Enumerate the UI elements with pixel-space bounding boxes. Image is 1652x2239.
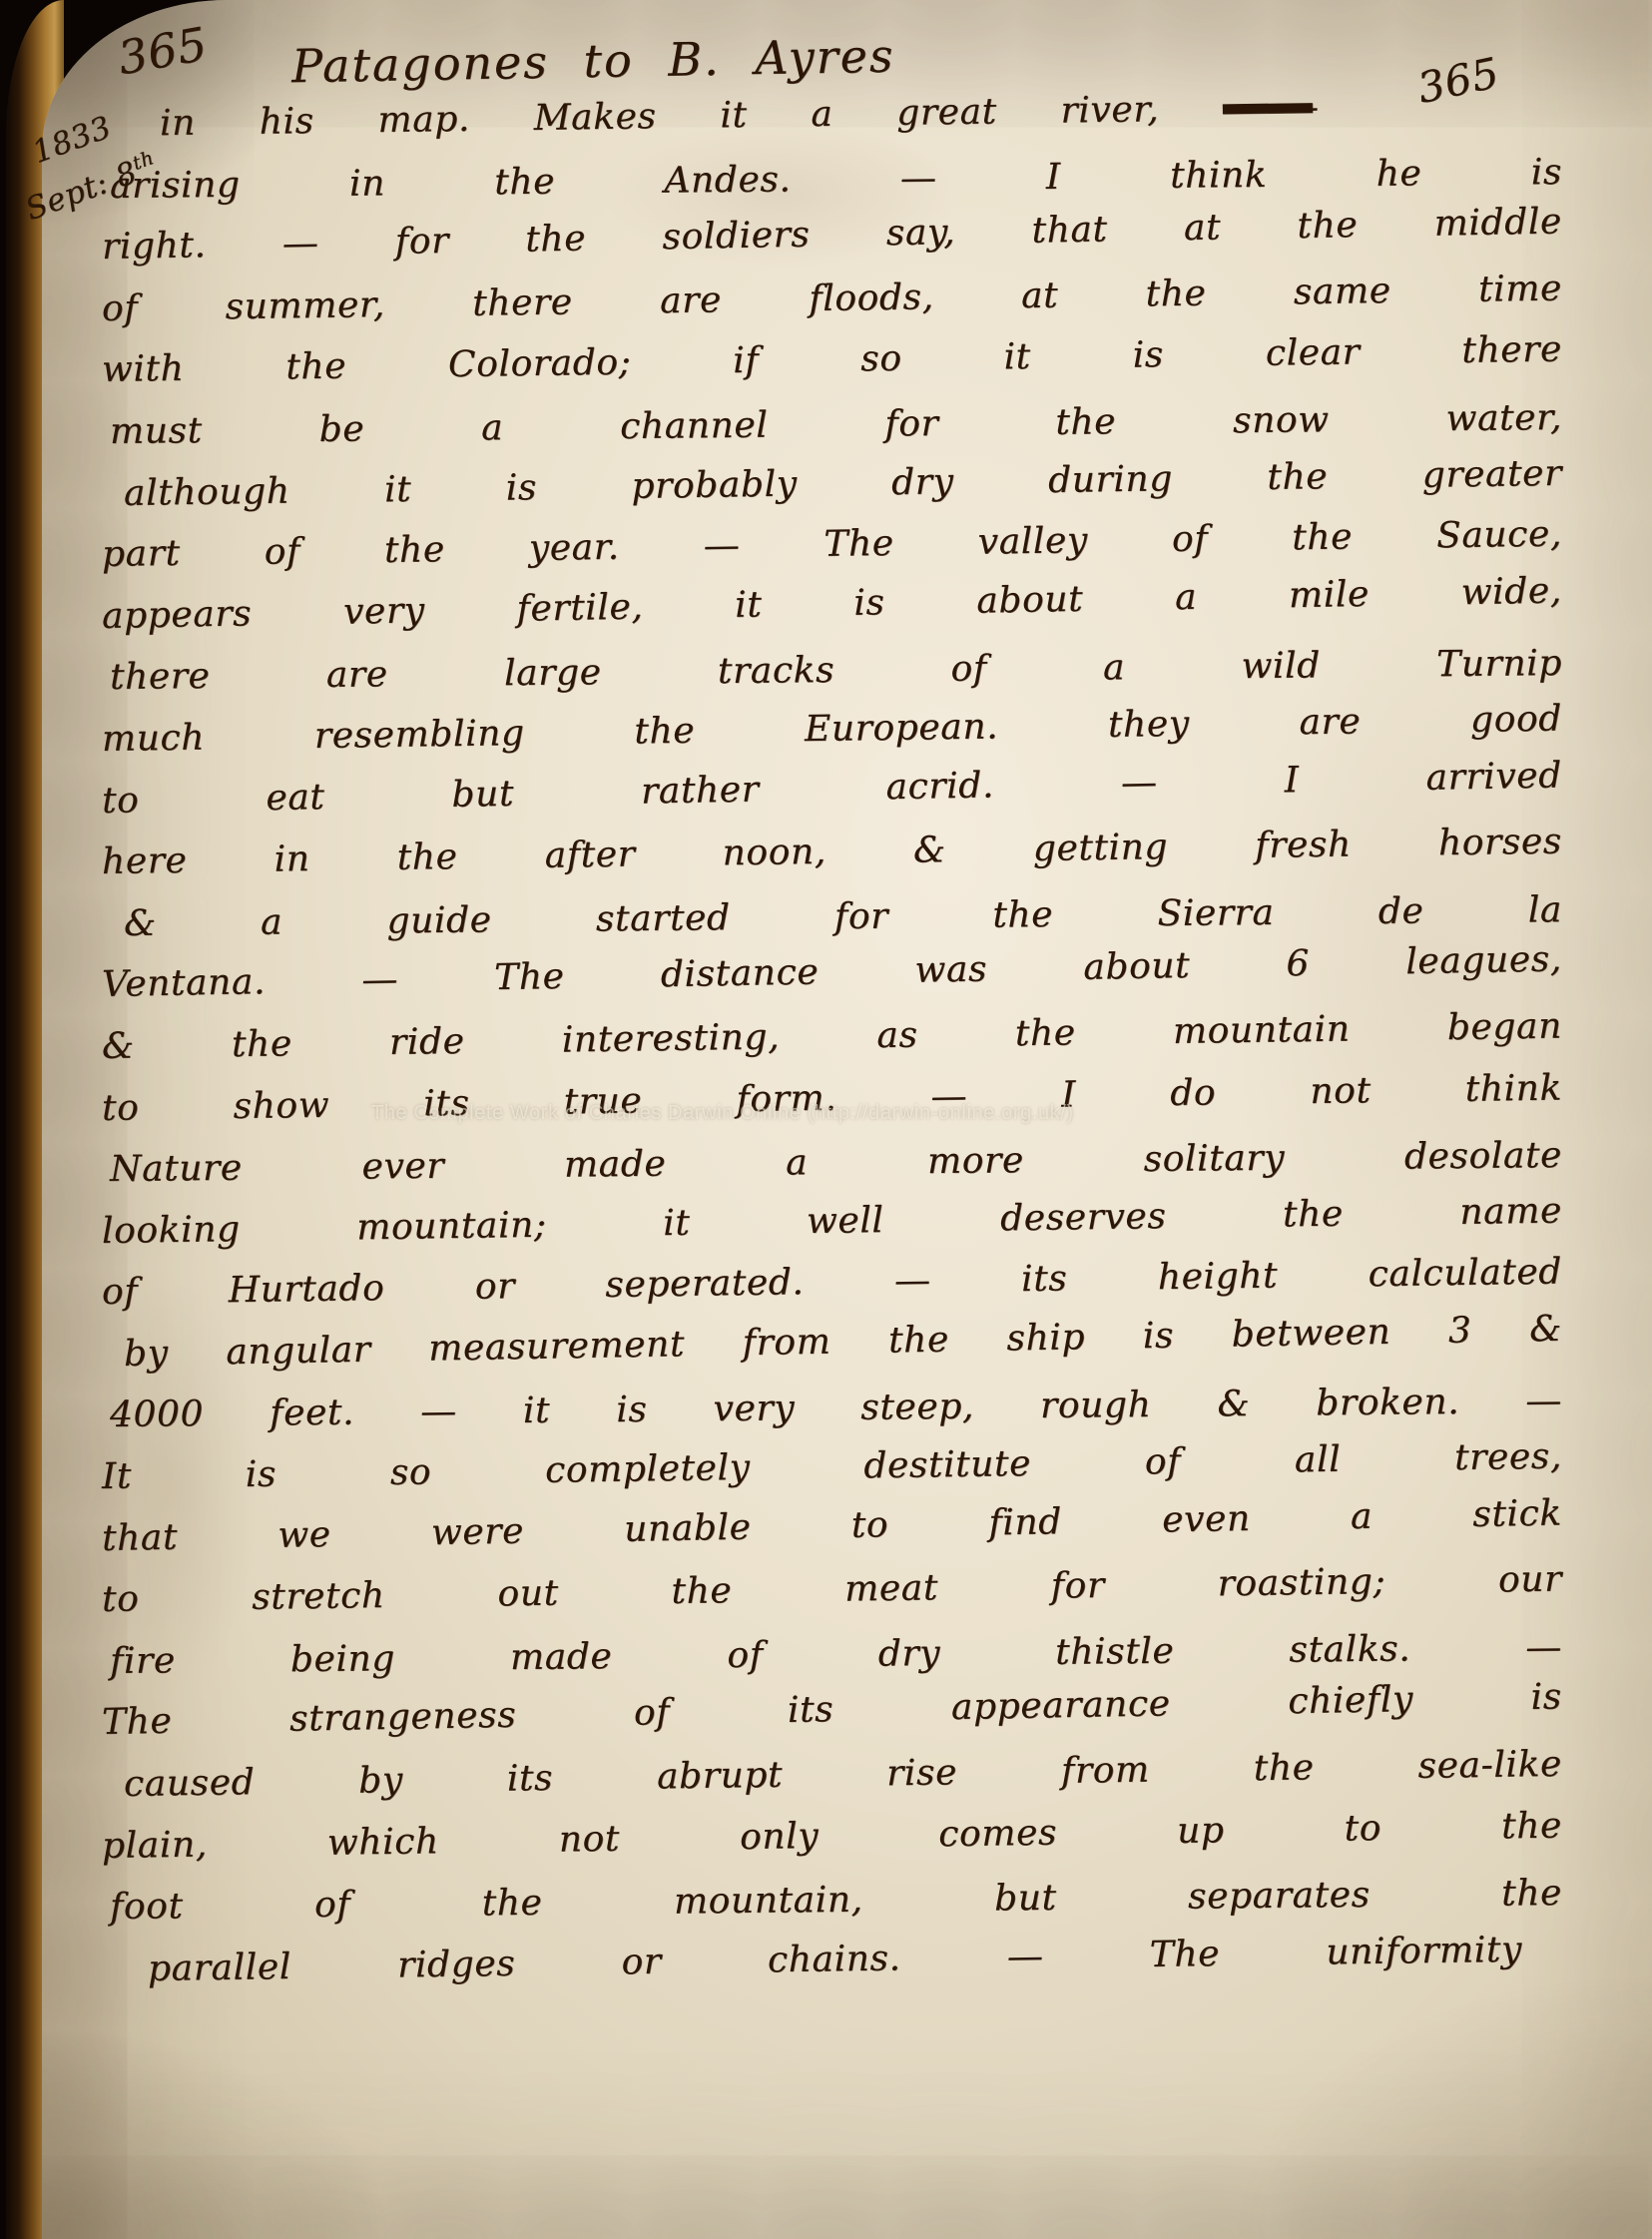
watermark-text: The Complete Work of Charles Darwin Onli… xyxy=(371,1102,1074,1125)
photo-frame: 365 Patagones to B. Ayres 365 1833 Sept:… xyxy=(0,0,1652,2239)
manuscript-body: in his map. Makes it a great river, ———a… xyxy=(102,94,1562,1999)
deleted-scribble: ——— xyxy=(1223,87,1314,129)
